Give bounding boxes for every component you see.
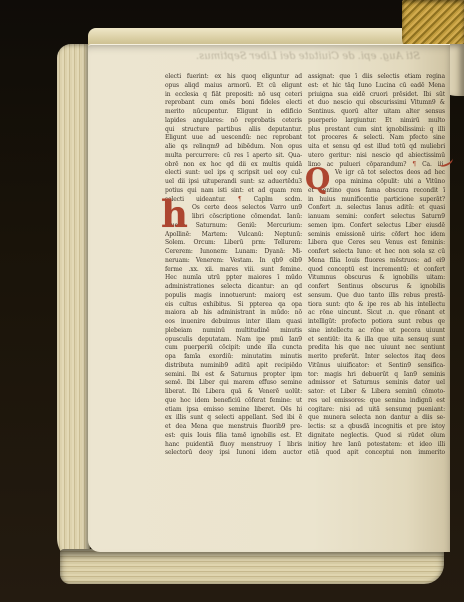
text-line: confert Sentinus obscurus & ignobilis: [308, 283, 445, 292]
text-line: in ecclesia q fiāt prepositi: nō usq cet…: [165, 91, 302, 100]
text-line: Apollinē: Martem: Vulcanū: Neptunū:: [165, 231, 302, 240]
text-line: hanc puidentiā fluoy menstruoy ī libris: [165, 441, 302, 450]
text-line: et Sentino quos fama obscura recondit ī: [308, 187, 445, 196]
text-segment: Ve igr cā tot selectos deos ad hec: [335, 169, 445, 176]
text-segment: opa minima cōpulit: ubi a Vitūno: [335, 178, 445, 185]
text-line: eos inuenire debuimus inter illam quasi: [165, 318, 302, 327]
text-line: etiam ipsa emisso semine liberet. Oēs hi: [165, 406, 302, 415]
text-line: Solem. Orcum: Liberū prm: Tellurem:: [165, 239, 302, 248]
text-line: que munera selecta non dantur a diis se-: [308, 414, 445, 423]
text-line: est: quis Iouis filia tamē ignobilis est…: [165, 432, 302, 441]
text-line: res uel emissores: que semina indignū es…: [308, 397, 445, 406]
text-segment: selecti uideantur.: [165, 196, 238, 203]
text-line: in huius munificentie particione superāt…: [308, 196, 445, 205]
text-line: uita et sensu qd est illud totū qd mulie…: [308, 143, 445, 152]
text-line: Confert .n. selectus Ianus aditū: et qua…: [308, 204, 445, 213]
text-line: semini. Ibi est & Saturnus propter ipm: [165, 371, 302, 380]
text-line: obrē non ex hoc qd dii ex multis quidā: [165, 161, 302, 170]
text-line: distributa numinib9 aditū apit recipiēdo: [165, 362, 302, 371]
book-photo: Sti Aug. epi. de Ciuitate dei Liber Sept…: [0, 0, 464, 602]
text-line: et duo nescio qui obscurissimi Vitumn9 &: [308, 99, 445, 108]
text-line: intelligūt: profecto potiora sunt rebus …: [308, 318, 445, 327]
text-line: opa minima cōpulit: ubi a Vitūno: [308, 178, 445, 187]
text-line: selectorū deoy ipsi Iunoni idem auctor: [165, 449, 302, 458]
text-line: lapides angulares: nō reprobatis ceteris: [165, 117, 302, 126]
text-segment: Os certe deos selectos Varro un9: [192, 204, 302, 211]
text-line: electi sunt: uel ips q scripsit uel eoy …: [165, 169, 302, 178]
text-line: admissor et Saturnus seminis dator uel: [308, 379, 445, 388]
text-line: neruam: Venerem: Vestam. In qb9 oīb9: [165, 257, 302, 266]
text-line: libri cōscriptione cōmendat. Ianū:: [165, 213, 302, 222]
text-line: Vitūnus uiuificator: et Sentin9 sensific…: [308, 362, 445, 371]
text-line: tot proceres & selecti. Nam pfecto sine: [308, 134, 445, 143]
text-line: initioy hre Ianū potestatem: et ideo ill…: [308, 441, 445, 450]
text-line: administrationes selecta dicantur: an qd: [165, 283, 302, 292]
text-line: predita his que nec uiuunt nec sentiunt: [308, 344, 445, 353]
text-line: liberat. Ibi Libera quā & Venerē uolūt:: [165, 388, 302, 397]
text-line: potius qui nam isti sint: et ad quam rem: [165, 187, 302, 196]
text-line: dignitate neglectis. Quod si rūdet oīum: [308, 432, 445, 441]
text-line: limo ac pulueri cōparandum? ¶ Ca. iii.: [308, 161, 445, 170]
text-line: assignat: que ī diis selectis etiam regi…: [308, 73, 445, 82]
text-line: maiora ab his administrant in mūdo: nō: [165, 309, 302, 318]
text-line: plebeiam numinū multitudinē minutis: [165, 327, 302, 336]
text-line: opusculis deputatam. Nam ipe pmū Ian9: [165, 336, 302, 345]
column-right-lines: assignat: que ī diis selectis etiam regi…: [308, 73, 445, 458]
text-line: Cererem: Iunonem: Lunam: Dyanā: Mi-: [165, 248, 302, 257]
text-line: priuigna sua eidē cruori prēsidet. Ibi s…: [308, 91, 445, 100]
text-line: utero geritur: nisi nescio qd abiectissi…: [308, 152, 445, 161]
text-line: seminis emissionē uiris: cōfert hoc idem: [308, 231, 445, 240]
leaf-edges-bottom: [60, 549, 444, 584]
text-line: ferme .xx. xii. mares viii. sunt femine.: [165, 266, 302, 275]
text-line: cum puerperiū cōcipit: unde illa cuncta: [165, 344, 302, 353]
text-line: sensum. Que duo tanto illis rebus prestā…: [308, 292, 445, 301]
text-line: cogitare: nisi ad uitā sensumq pueniant:: [308, 406, 445, 415]
text-column-right: Q assignat: que ī diis selectis etiam re…: [308, 73, 445, 458]
text-line: ianuam semini: confert selectus Saturn9: [308, 213, 445, 222]
text-line: selecti uideantur. ¶ Caplm scdm.: [165, 196, 302, 205]
text-line: multa percurrere: cū res ī aperto sit. Q…: [165, 152, 302, 161]
text-line: qui structure partibus aliis deputantur.: [165, 126, 302, 135]
text-line: plus prestant cum sint ignobilissimi: q …: [308, 126, 445, 135]
text-line: opus aliqd maius armorū. Et cū eligunt: [165, 82, 302, 91]
text-line: et dea Mena que menstruis fluorib9 pre-: [165, 423, 302, 432]
text-column-left: h electi fuerint: ex his quoq eliguntur …: [165, 73, 302, 458]
text-line: tor: magis hri debuerūt q Ian9 seminis: [308, 371, 445, 380]
text-line: etiā quod apit conceptui non immerito: [308, 449, 445, 458]
text-line: Sentinus. quorū alter uitam alter sensus: [308, 108, 445, 117]
text-line: uel dii ipsi uituperandi sunt: sz aduert…: [165, 178, 302, 187]
text-line: Eligunt uue ad uescendū: nec reprobant: [165, 134, 302, 143]
text-line: est: et hic tāq Iuno Lucina cū eadē Mena: [308, 82, 445, 91]
text-line: confert selecta Iuno: et hec non sola sz…: [308, 248, 445, 257]
text-line: sine intellectu ac rōne ut pecora uiuunt: [308, 327, 445, 336]
text-line: Mena filia Iouis fluores mēstruos: ad ei…: [308, 257, 445, 266]
text-line: Os certe deos selectos Varro un9: [165, 204, 302, 213]
text-line: Libera que Ceres seu Venus est feminis:: [308, 239, 445, 248]
text-line: et sentiūt: ita & illa que uita sensuq s…: [308, 336, 445, 345]
text-segment: Caplm scdm.: [242, 196, 302, 203]
text-line: puerperio largiuntur. Et nimirū multo: [308, 117, 445, 126]
text-line: populis magis innotuerunt: maiorq est: [165, 292, 302, 301]
text-line: eis cultus exhibitus. Si ppterea qa opa: [165, 301, 302, 310]
column-left-lines: electi fuerint: ex his quoq eliguntur ad…: [165, 73, 302, 458]
text-line: merito nūcupentur. Eligunt in edificio: [165, 108, 302, 117]
text-line: que hoc idem beneficiū cōferat femine: u…: [165, 397, 302, 406]
text-line: merito preferūt. Inter selectos itaq deo…: [308, 353, 445, 362]
text-line: electi fuerint: ex his quoq eliguntur ad: [165, 73, 302, 82]
text-line: Iouem: Saturnum: Geniū: Mercurium:: [165, 222, 302, 231]
text-line: alie qs relinqm9 ad bibēdum. Non opus: [165, 143, 302, 152]
showthrough-running-title: Sti Aug. epi. de Ciuitate dei Liber Sept…: [158, 51, 458, 62]
open-page: Sti Aug. epi. de Ciuitate dei Liber Sept…: [88, 44, 450, 552]
text-segment: limo ac pulueri cōparandum?: [308, 161, 412, 168]
text-line: opa famīa exordiū: minutatim minutis: [165, 353, 302, 362]
text-line: semē. Ibi Liber qui marem effuso semine: [165, 379, 302, 388]
text-line: reprobant cum omēs boni fideles electi: [165, 99, 302, 108]
text-segment: libri cōscriptione cōmendat. Ianū:: [192, 213, 302, 220]
text-line: Ve igr cā tot selectos deos ad hec: [308, 169, 445, 178]
text-line: tiora sunt: qto & ipe res ab his intelle…: [308, 301, 445, 310]
text-line: ac rōne uincunt. Sicut .n. que rōnant et: [308, 309, 445, 318]
text-line: ex illis sunt q selecti appellant. Sed i…: [165, 414, 302, 423]
text-line: Hec numīa utrū ppter maiores ī mūdo: [165, 274, 302, 283]
text-line: Vitumnus obscurus & ignobilis uitam:: [308, 274, 445, 283]
leaf-edges-left: [57, 44, 90, 564]
text-line: semen ipm. Confert selectus Liber eiusdē: [308, 222, 445, 231]
text-line: sator: et Liber & Libera seminū cōmoto-: [308, 388, 445, 397]
text-line: lectis: sz a qbusdā incognitis et pre is…: [308, 423, 445, 432]
text-line: quod conceptū est incrementū: et confert: [308, 266, 445, 275]
